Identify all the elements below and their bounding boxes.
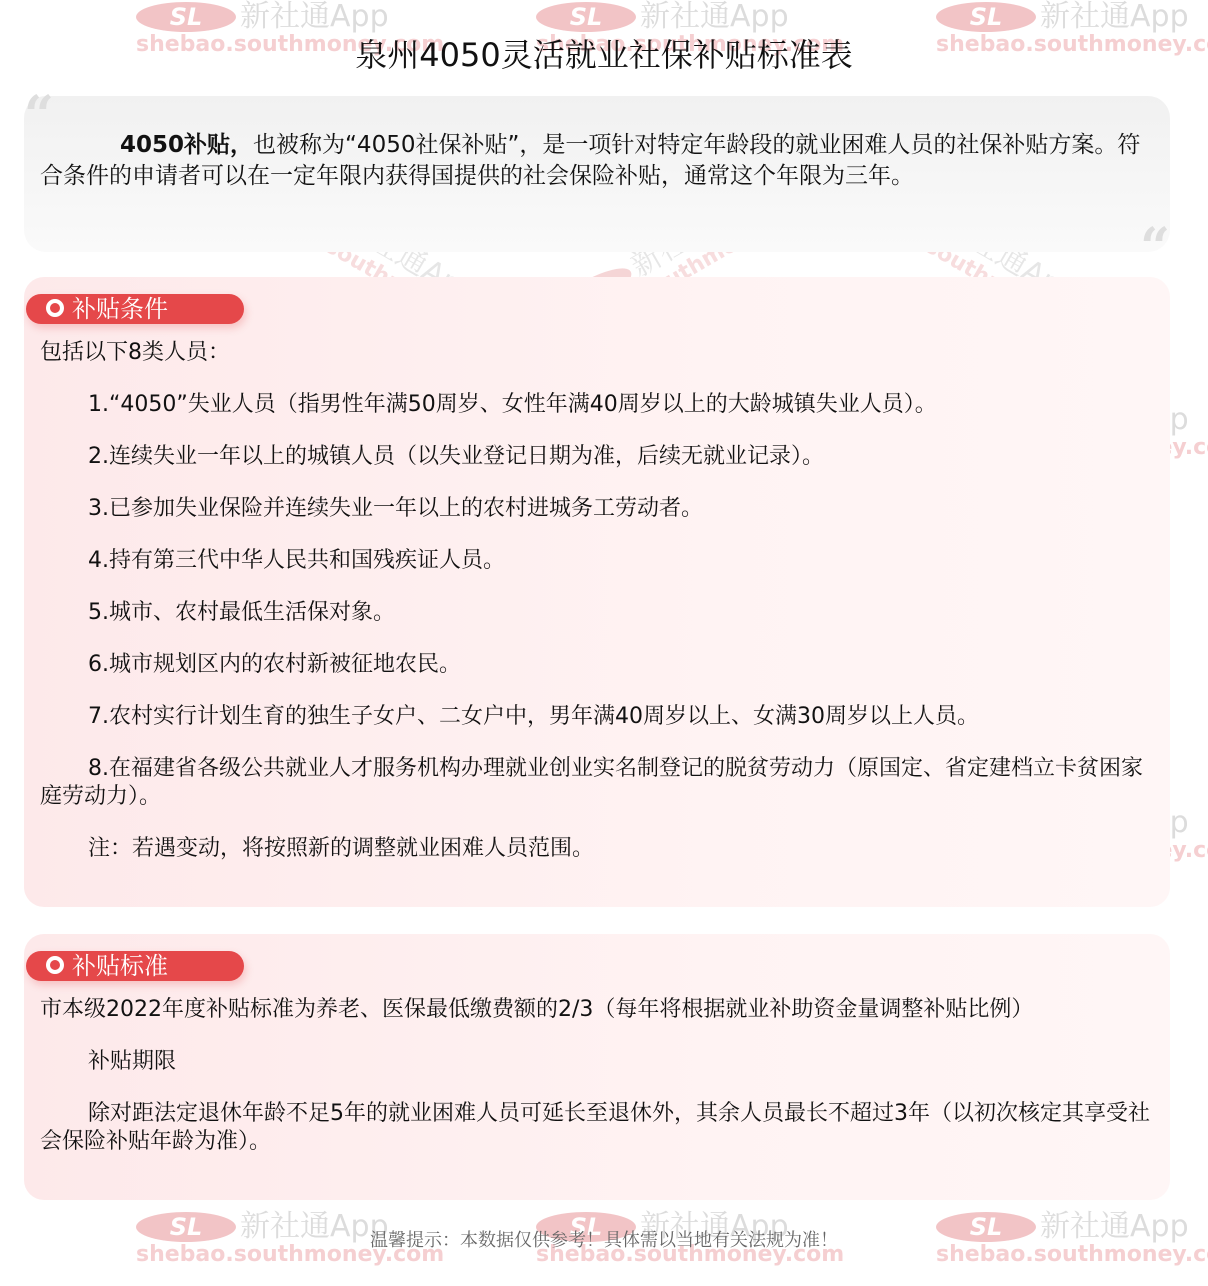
condition-item: 4.持有第三代中华人民共和国残疾证人员。 [40, 547, 1150, 575]
conditions-lead: 包括以下8类人员： [40, 339, 1150, 367]
conditions-card: 补贴条件 包括以下8类人员： 1.“4050”失业人员（指男性年满50周岁、女性… [24, 277, 1170, 907]
period-label: 补贴期限 [40, 1048, 1150, 1076]
condition-item: 6.城市规划区内的农村新被征地农民。 [40, 651, 1150, 679]
standard-heading: 补贴标准 [26, 951, 244, 981]
standard-text: 市本级2022年度补贴标准为养老、医保最低缴费额的2/3（每年将根据就业补助资金… [40, 996, 1150, 1024]
intro-text: 4050补贴，也被称为“4050社保补贴”，是一项针对特定年龄段的就业困难人员的… [40, 130, 1150, 192]
circle-icon [46, 299, 64, 317]
standard-card: 补贴标准 市本级2022年度补贴标准为养老、医保最低缴费额的2/3（每年将根据就… [24, 934, 1170, 1200]
conditions-heading: 补贴条件 [26, 294, 244, 324]
circle-icon [46, 956, 64, 974]
intro-bold-lead: 4050补贴， [120, 132, 253, 158]
watermark-logo-icon: SL [536, 2, 636, 32]
conditions-note: 注：若遇变动，将按照新的调整就业困难人员范围。 [40, 835, 1150, 863]
condition-item: 1.“4050”失业人员（指男性年满50周岁、女性年满40周岁以上的大龄城镇失业… [40, 391, 1150, 419]
intro-block: “ “ 4050补贴，也被称为“4050社保补贴”，是一项针对特定年龄段的就业困… [24, 96, 1170, 252]
watermark-logo-icon: SL [936, 2, 1036, 32]
footer-note: 温馨提示：本数据仅供参考！具体需以当地有关法规为准！ [0, 1226, 1208, 1252]
condition-item: 7.农村实行计划生育的独生子女户、二女户中，男年满40周岁以上、女满30周岁以上… [40, 703, 1150, 731]
period-text: 除对距法定退休年龄不足5年的就业困难人员可延长至退休外，其余人员最长不超过3年（… [40, 1100, 1150, 1156]
conditions-heading-label: 补贴条件 [72, 295, 168, 323]
watermark-logo-icon: SL [136, 2, 236, 32]
condition-item: 2.连续失业一年以上的城镇人员（以失业登记日期为准，后续无就业记录）。 [40, 443, 1150, 471]
condition-item: 3.已参加失业保险并连续失业一年以上的农村进城务工劳动者。 [40, 495, 1150, 523]
standard-heading-label: 补贴标准 [72, 952, 168, 980]
condition-item: 5.城市、农村最低生活保对象。 [40, 599, 1150, 627]
quote-close-icon: “ [1140, 222, 1170, 274]
page-title: 泉州4050灵活就业社保补贴标准表 [0, 30, 1208, 76]
condition-item: 8.在福建省各级公共就业人才服务机构办理就业创业实名制登记的脱贫劳动力（原国定、… [40, 755, 1150, 811]
